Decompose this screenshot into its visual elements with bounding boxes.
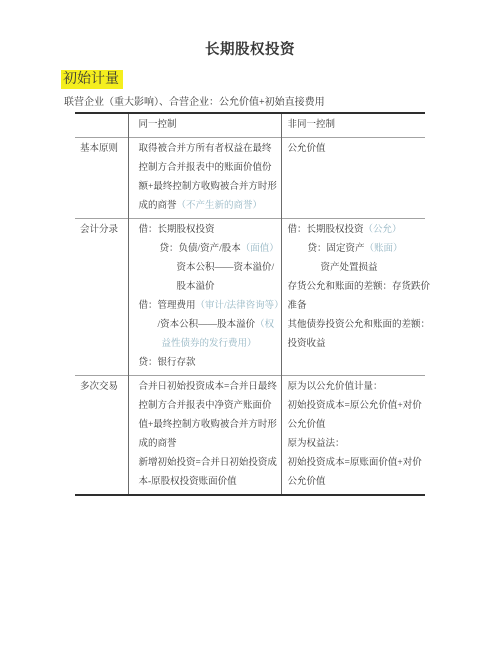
row-label-basic-principle: 基本原则 — [75, 138, 128, 219]
cell-text-line: 资本公积——资本溢价/ — [139, 259, 279, 278]
cell-non-same-control-multiple-transactions: 原为以公允价值计量：初始投资成本=原公允价值+对价公允价值原为权益法：初始投资成… — [281, 376, 425, 496]
body-text: 控制方合并报表中的账面价值份 — [139, 163, 272, 173]
cell-text-line: 其他债券投资公允和账面的差额： — [288, 316, 424, 335]
cell-text-line: 资产处置损益 — [288, 259, 424, 278]
annotation-text: （权 — [255, 320, 274, 330]
cell-text-line: 借：长期股权投资 — [139, 221, 279, 240]
cell-text-line: 投资收益 — [288, 335, 424, 354]
annotation-text: 益性债券的发行费用） — [162, 339, 257, 349]
body-text: 资本公积——资本溢价/ — [177, 263, 275, 273]
body-text: 额+最终控制方收购被合并方时形 — [139, 182, 277, 192]
cell-text-line: 本-原股权投资账面价值 — [139, 473, 279, 492]
row-label-journal-entries: 会计分录 — [75, 219, 128, 376]
cell-text-line: 股本溢价 — [139, 278, 279, 297]
body-text: 借：长期股权投资 — [288, 225, 364, 235]
body-text: 股本溢价 — [177, 282, 215, 292]
cell-text-line: 益性债券的发行费用） — [139, 335, 279, 354]
cell-text-line: 原为权益法： — [288, 435, 424, 454]
initial-measurement-table: 同一控制 非同一控制 基本原则取得被合并方所有者权益在最终控制方合并报表中的账面… — [75, 112, 425, 496]
cell-text-line: 存货公允和账面的差额：存货跌价 — [288, 278, 424, 297]
body-text: 原为权益法： — [288, 439, 345, 449]
body-text: 初始投资成本=原公允价值+对价 — [288, 401, 422, 411]
body-text: 合并日初始投资成本=合并日最终 — [139, 382, 277, 392]
header-non-same-control: 非同一控制 — [281, 113, 425, 138]
cell-text-line: 公允价值 — [288, 473, 424, 492]
cell-text-line: 初始投资成本=原公允价值+对价 — [288, 397, 424, 416]
cell-text-line: 借：管理费用（审计/法律咨询等） — [139, 297, 279, 316]
body-text: 公允价值 — [288, 420, 326, 430]
cell-text-line: 初始投资成本=原账面价值+对价 — [288, 454, 424, 473]
header-empty-cell — [75, 113, 128, 138]
cell-text-line: 成的商誉（不产生新的商誉） — [139, 197, 279, 216]
body-text: 投资收益 — [288, 339, 326, 349]
annotation-text: （面值） — [241, 244, 279, 254]
body-text: 准备 — [288, 301, 307, 311]
body-text: 成的商誉 — [139, 201, 177, 211]
cell-text-line: 额+最终控制方收购被合并方时形 — [139, 178, 279, 197]
cell-text-line: 贷：负债/资产/股本（面值） — [139, 240, 279, 259]
cell-same-control-journal-entries: 借：长期股权投资贷：负债/资产/股本（面值）资本公积——资本溢价/股本溢价借：管… — [128, 219, 281, 376]
annotation-text: （审计/法律咨询等） — [196, 301, 284, 311]
cell-text-line: 公允价值 — [288, 416, 424, 435]
body-text: 贷：银行存款 — [139, 358, 196, 368]
body-text: 存货公允和账面的差额：存货跌价 — [288, 282, 431, 292]
cell-text-line: 公允价值 — [288, 140, 424, 159]
cell-text-line: 借：长期股权投资（公允） — [288, 221, 424, 240]
table-header-row: 同一控制 非同一控制 — [75, 113, 425, 138]
cell-non-same-control-basic-principle: 公允价值 — [281, 138, 425, 219]
cell-non-same-control-journal-entries: 借：长期股权投资（公允）贷：固定资产（账面）资产处置损益存货公允和账面的差额：存… — [281, 219, 425, 376]
body-text: 值+最终控制方收购被合并方时形 — [139, 420, 277, 430]
intro-text: 联营企业（重大影响）、合营企业：公允价值+初始直接费用 — [64, 96, 500, 109]
body-text: 成的商誉 — [139, 439, 177, 449]
cell-text-line: 合并日初始投资成本=合并日最终 — [139, 378, 279, 397]
body-text: 初始投资成本=原账面价值+对价 — [288, 458, 422, 468]
body-text: 控制方合并报表中净资产账面价 — [139, 401, 272, 411]
table-row-basic-principle: 基本原则取得被合并方所有者权益在最终控制方合并报表中的账面价值份额+最终控制方收… — [75, 138, 425, 219]
section-heading-highlighted: 初始计量 — [61, 70, 123, 89]
cell-text-line: 成的商誉 — [139, 435, 279, 454]
cell-text-line: 准备 — [288, 297, 424, 316]
body-text: 贷：负债/资产/股本 — [160, 244, 241, 254]
body-text: 借：长期股权投资 — [139, 225, 215, 235]
body-text: 原为以公允价值计量： — [288, 382, 383, 392]
header-same-control: 同一控制 — [128, 113, 281, 138]
body-text: 贷：固定资产 — [308, 244, 365, 254]
annotation-text: （账面） — [365, 244, 403, 254]
table-row-multiple-transactions: 多次交易合并日初始投资成本=合并日最终控制方合并报表中净资产账面价值+最终控制方… — [75, 376, 425, 496]
body-text: 取得被合并方所有者权益在最终 — [139, 144, 272, 154]
cell-same-control-multiple-transactions: 合并日初始投资成本=合并日最终控制方合并报表中净资产账面价值+最终控制方收购被合… — [128, 376, 281, 496]
row-label-multiple-transactions: 多次交易 — [75, 376, 128, 496]
cell-text-line: 取得被合并方所有者权益在最终 — [139, 140, 279, 159]
page-title: 长期股权投资 — [0, 40, 500, 60]
cell-text-line: 原为以公允价值计量： — [288, 378, 424, 397]
body-text: 公允价值 — [288, 477, 326, 487]
body-text: /资本公积——股本溢价 — [158, 320, 256, 330]
body-text: 借：管理费用 — [139, 301, 196, 311]
annotation-text: （不产生新的商誉） — [177, 201, 263, 211]
body-text: 本-原股权投资账面价值 — [139, 477, 237, 487]
annotation-text: （公允） — [364, 225, 402, 235]
cell-same-control-basic-principle: 取得被合并方所有者权益在最终控制方合并报表中的账面价值份额+最终控制方收购被合并… — [128, 138, 281, 219]
cell-text-line: 新增初始投资=合并日初始投资成 — [139, 454, 279, 473]
document-page: 长期股权投资 初始计量 联营企业（重大影响）、合营企业：公允价值+初始直接费用 … — [0, 0, 500, 652]
cell-text-line: /资本公积——股本溢价（权 — [139, 316, 279, 335]
cell-text-line: 贷：银行存款 — [139, 354, 279, 373]
cell-text-line: 值+最终控制方收购被合并方时形 — [139, 416, 279, 435]
section-heading-row: 初始计量 — [61, 69, 500, 89]
body-text: 公允价值 — [288, 144, 326, 154]
table-row-journal-entries: 会计分录借：长期股权投资贷：负债/资产/股本（面值）资本公积——资本溢价/股本溢… — [75, 219, 425, 376]
body-text: 资产处置损益 — [321, 263, 378, 273]
cell-text-line: 贷：固定资产（账面） — [288, 240, 424, 259]
cell-text-line: 控制方合并报表中的账面价值份 — [139, 159, 279, 178]
body-text: 其他债券投资公允和账面的差额： — [288, 320, 431, 330]
cell-text-line: 控制方合并报表中净资产账面价 — [139, 397, 279, 416]
body-text: 新增初始投资=合并日初始投资成 — [139, 458, 277, 468]
